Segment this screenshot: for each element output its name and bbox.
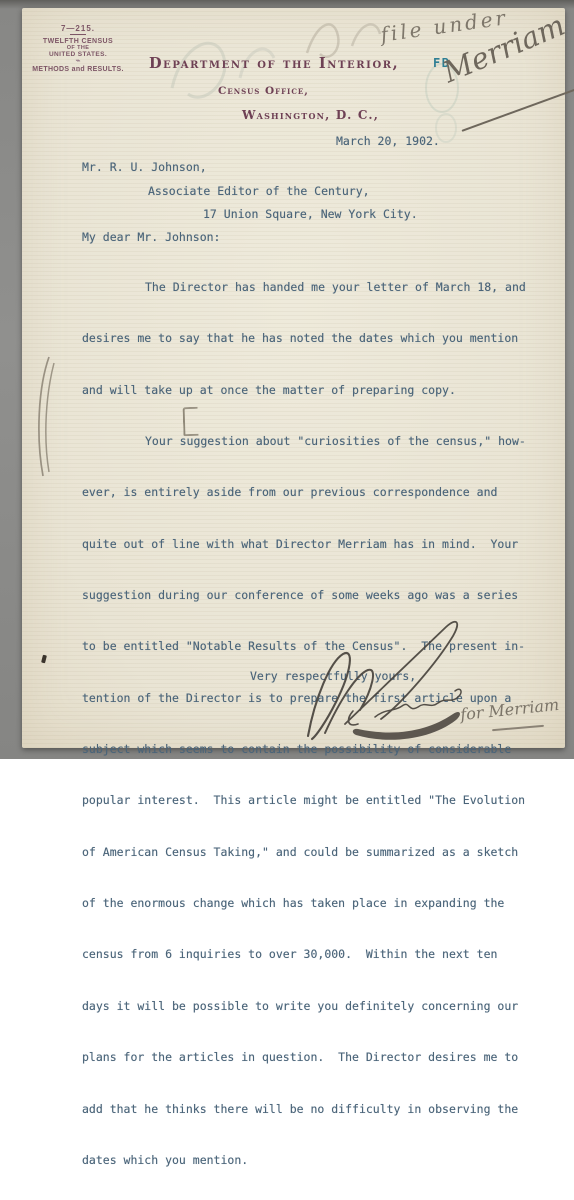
recipient-title: Associate Editor of the Century, [148, 184, 370, 198]
letterhead-department: Department of the Interior, [149, 55, 399, 72]
typed-line: and will take up at once the matter of p… [82, 379, 544, 402]
form-number: 7—215. [32, 24, 124, 33]
letter-page: 7—215. TWELFTH CENSUS OF THE UNITED STAT… [22, 8, 565, 748]
pencil-bracket-mark [182, 407, 198, 437]
stamp-org-line1: TWELFTH CENSUS [32, 38, 124, 45]
margin-emphasis-marks [33, 352, 61, 480]
salutation: My dear Mr. Johnson: [82, 230, 220, 244]
recipient-name: Mr. R. U. Johnson, [82, 160, 207, 174]
form-number-stamp: 7—215. TWELFTH CENSUS OF THE UNITED STAT… [32, 24, 124, 73]
typed-line: quite out of line with what Director Mer… [82, 533, 544, 556]
recipient-address: 17 Union Square, New York City. [203, 207, 418, 221]
scan-background: 7—215. TWELFTH CENSUS OF THE UNITED STAT… [0, 0, 574, 759]
stamp-series: METHODS and RESULTS. [32, 66, 124, 73]
letter-date: March 20, 1902. [336, 134, 440, 148]
letterhead-city: Washington, D. C., [242, 108, 379, 122]
typed-line: suggestion during our conference of some… [82, 584, 544, 607]
stamp-rule [70, 34, 86, 35]
typed-line: desires me to say that he has noted the … [82, 327, 544, 350]
letterhead-office: Census Office, [218, 85, 309, 97]
ink-mark [41, 655, 47, 664]
stamp-divider-squiggle: ⌁ [32, 58, 124, 63]
typed-line: The Director has handed me your letter o… [82, 276, 544, 299]
signature-flourish [260, 612, 485, 752]
typed-line: Your suggestion about "curiosities of th… [82, 430, 544, 453]
typed-line: ever, is entirely aside from our previou… [82, 481, 544, 504]
